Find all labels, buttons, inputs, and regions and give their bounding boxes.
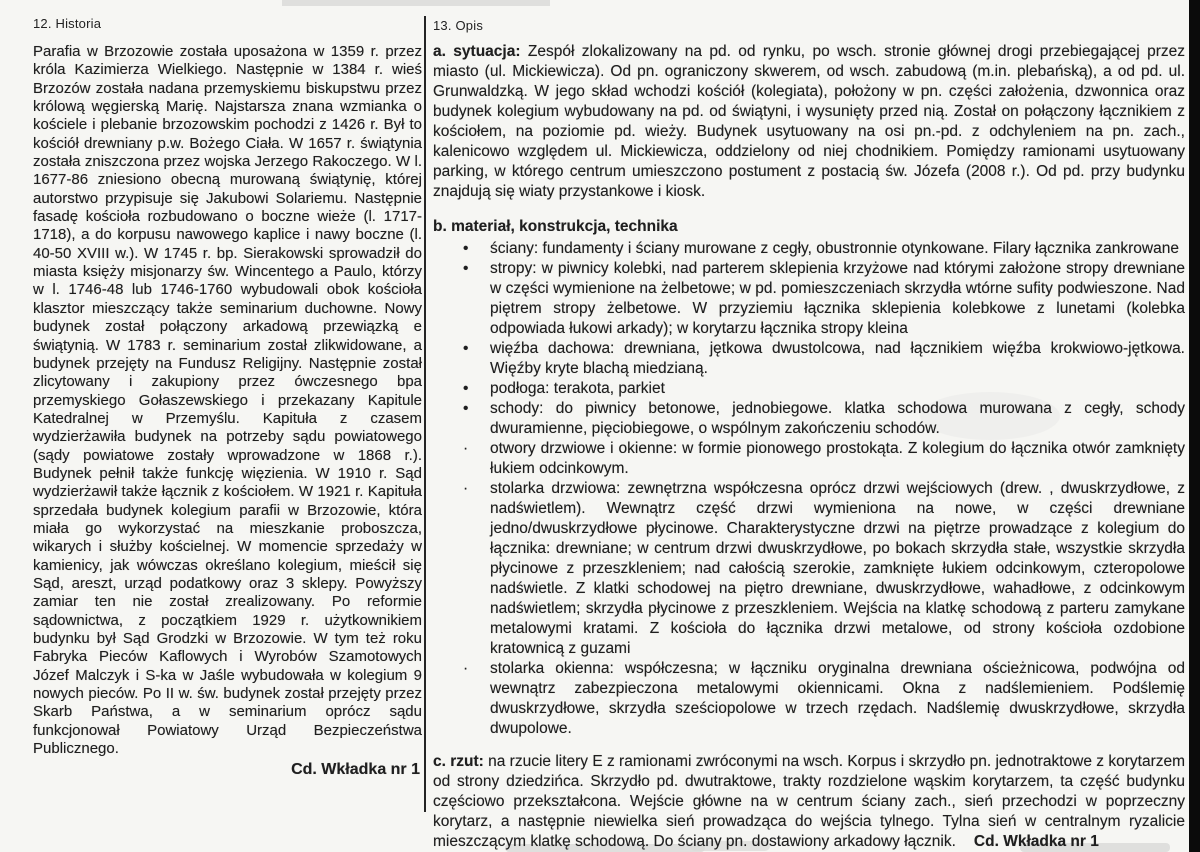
list-item-text: więźba dachowa: drewniana, jętkowa dwust…: [490, 339, 1185, 379]
list-item: · stolarka drzwiowa: zewnętrzna współcze…: [433, 479, 1185, 659]
historia-continuation-note: Cd. Wkładka nr 1: [33, 761, 422, 779]
bullet-icon: ·: [433, 439, 490, 479]
bullet-icon: •: [433, 399, 490, 439]
list-item-text: stolarka okienna: współczesna; w łącznik…: [490, 659, 1185, 739]
historia-text: Parafia w Brzozowie została uposażona w …: [33, 43, 422, 758]
list-item-text: schody: do piwnicy betonowe, jednobiegow…: [490, 399, 1185, 439]
document-page: 12. Historia Parafia w Brzozowie została…: [0, 0, 1200, 852]
bullet-icon: ·: [433, 659, 490, 739]
scan-smudge: [282, 0, 550, 6]
opis-continuation-note: Cd. Wkładka nr 1: [974, 833, 1099, 850]
scan-edge-artifact: [1189, 0, 1200, 852]
material-list: • ściany: fundamenty i ściany murowane z…: [433, 239, 1185, 739]
list-item-text: otwory drzwiowe i okienne: w formie pion…: [490, 439, 1185, 479]
sytuacja-label: a. sytuacja:: [433, 43, 521, 60]
list-item-text: stolarka drzwiowa: zewnętrzna współczesn…: [490, 479, 1185, 659]
list-item: • schody: do piwnicy betonowe, jednobieg…: [433, 399, 1185, 439]
rzut-paragraph: c. rzut: na rzucie litery E z ramionami …: [433, 752, 1185, 852]
bullet-icon: •: [433, 379, 490, 399]
bullet-icon: •: [433, 339, 490, 379]
historia-column: 12. Historia Parafia w Brzozowie została…: [33, 16, 422, 779]
list-item: · stolarka okienna: współczesna; w łączn…: [433, 659, 1185, 739]
sytuacja-text: Zespół zlokalizowany na pd. od rynku, po…: [433, 43, 1185, 200]
bullet-icon: •: [433, 259, 490, 339]
historia-header: 12. Historia: [33, 16, 422, 31]
list-item-text: ściany: fundamenty i ściany murowane z c…: [490, 239, 1185, 259]
list-item: • ściany: fundamenty i ściany murowane z…: [433, 239, 1185, 259]
list-item-text: podłoga: terakota, parkiet: [490, 379, 1185, 399]
list-item: • więźba dachowa: drewniana, jętkowa dwu…: [433, 339, 1185, 379]
column-divider: [424, 16, 426, 812]
bullet-icon: ·: [433, 479, 490, 659]
list-item: • stropy: w piwnicy kolebki, nad partere…: [433, 259, 1185, 339]
opis-column: 13. Opis a. sytuacja: Zespół zlokalizowa…: [433, 18, 1185, 852]
opis-header: 13. Opis: [433, 18, 1185, 33]
bullet-icon: •: [433, 239, 490, 259]
list-item-text: stropy: w piwnicy kolebki, nad parterem …: [490, 259, 1185, 339]
sytuacja-paragraph: a. sytuacja: Zespół zlokalizowany na pd.…: [433, 42, 1185, 202]
list-item: • podłoga: terakota, parkiet: [433, 379, 1185, 399]
list-item: · otwory drzwiowe i okienne: w formie pi…: [433, 439, 1185, 479]
material-header: b. materiał, konstrukcja, technika: [433, 217, 1185, 237]
rzut-label: c. rzut:: [433, 753, 484, 770]
